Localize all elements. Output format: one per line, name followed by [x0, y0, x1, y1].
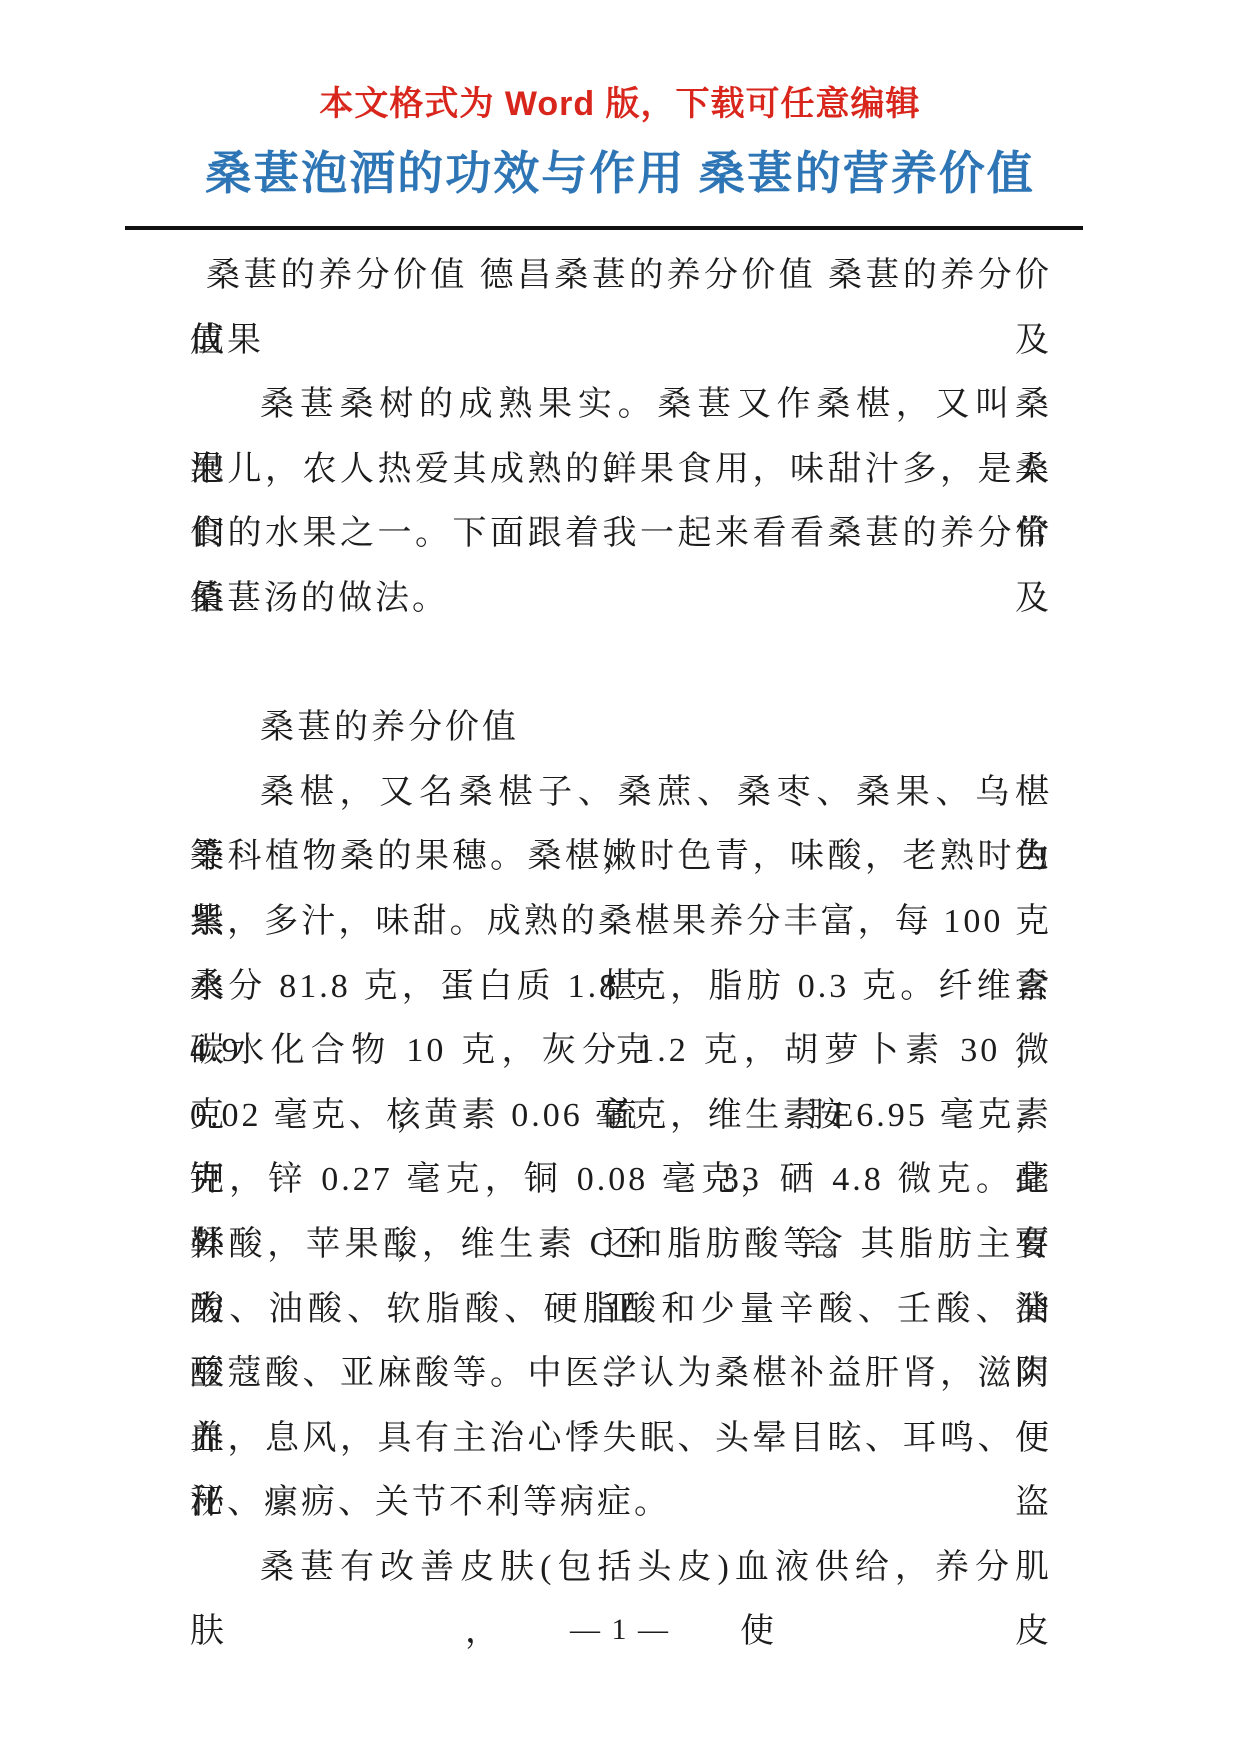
- text-line: 桑葚有改善皮肤(包括头皮)血液供给，养分肌肤，使皮: [190, 1536, 1052, 1601]
- text-line: 黑，多汁，味甜。成熟的桑椹果养分丰富，每 100 克桑椹含: [190, 890, 1052, 955]
- text-line: 0.02 毫克、核黄素 0.06 毫克，维生素 E6.95 毫克，钾 33 毫: [190, 1084, 1052, 1149]
- text-line: 桑科植物桑的果穗。桑椹嫩时色青，味酸，老熟时色紫: [190, 825, 1052, 890]
- page-number: — 1 —: [0, 1612, 1240, 1648]
- blank-line: [190, 632, 1052, 697]
- text-line: 桑葚桑树的成熟果实。桑葚又作桑椹，又叫桑果、桑: [190, 373, 1052, 438]
- section-heading: 桑葚的养分价值: [190, 696, 1052, 761]
- document-page: 本文格式为 Word 版，下载可任意编辑 桑葚泡酒的功效与作用 桑葚的营养价值 …: [0, 0, 1240, 1753]
- text-line: 桑葚的养分价值 德昌桑葚的养分价值 桑葚的养分价值及: [190, 244, 1052, 309]
- text-line: 酸、油酸、软脂酸、硬脂酸和少量辛酸、壬酸、癸酸、肉: [190, 1278, 1052, 1343]
- text-line: 泡儿，农人热爱其成熟的鲜果食用，味甜汁多，是人们常: [190, 438, 1052, 503]
- text-line: 鞣酸，苹果酸，维生素 C 和脂肪酸等。其脂肪主要为亚油: [190, 1213, 1052, 1278]
- text-line: 血，息风，具有主治心悸失眠、头晕目眩、耳鸣、便秘盗: [190, 1407, 1052, 1472]
- document-body: 桑葚的养分价值 德昌桑葚的养分价值 桑葚的养分价值及 成果 桑葚桑树的成熟果实。…: [190, 244, 1052, 1600]
- text-line: 豆蔻酸、亚麻酸等。中医学认为桑椹补益肝肾，滋阴养: [190, 1342, 1052, 1407]
- text-line: 克，锌 0.27 毫克，铜 0.08 毫克，硒 4.8 微克。此外，还含有: [190, 1148, 1052, 1213]
- text-line: 食的水果之一。下面跟着我一起来看看桑葚的养分价值及: [190, 502, 1052, 567]
- format-notice: 本文格式为 Word 版，下载可任意编辑: [0, 0, 1240, 124]
- title-divider: [125, 226, 1083, 230]
- text-line: 桑椹，又名桑椹子、桑蔗、桑枣、桑果、乌椹等，为: [190, 761, 1052, 826]
- text-line: 碳水化合物 10 克，灰分 1.2 克，胡萝卜素 30 微克，硫胺素: [190, 1019, 1052, 1084]
- document-title: 桑葚泡酒的功效与作用 桑葚的营养价值: [0, 146, 1240, 202]
- text-line: 水分 81.8 克，蛋白质 1.8 克，脂肪 0.3 克。纤维素 4.9 克，: [190, 955, 1052, 1020]
